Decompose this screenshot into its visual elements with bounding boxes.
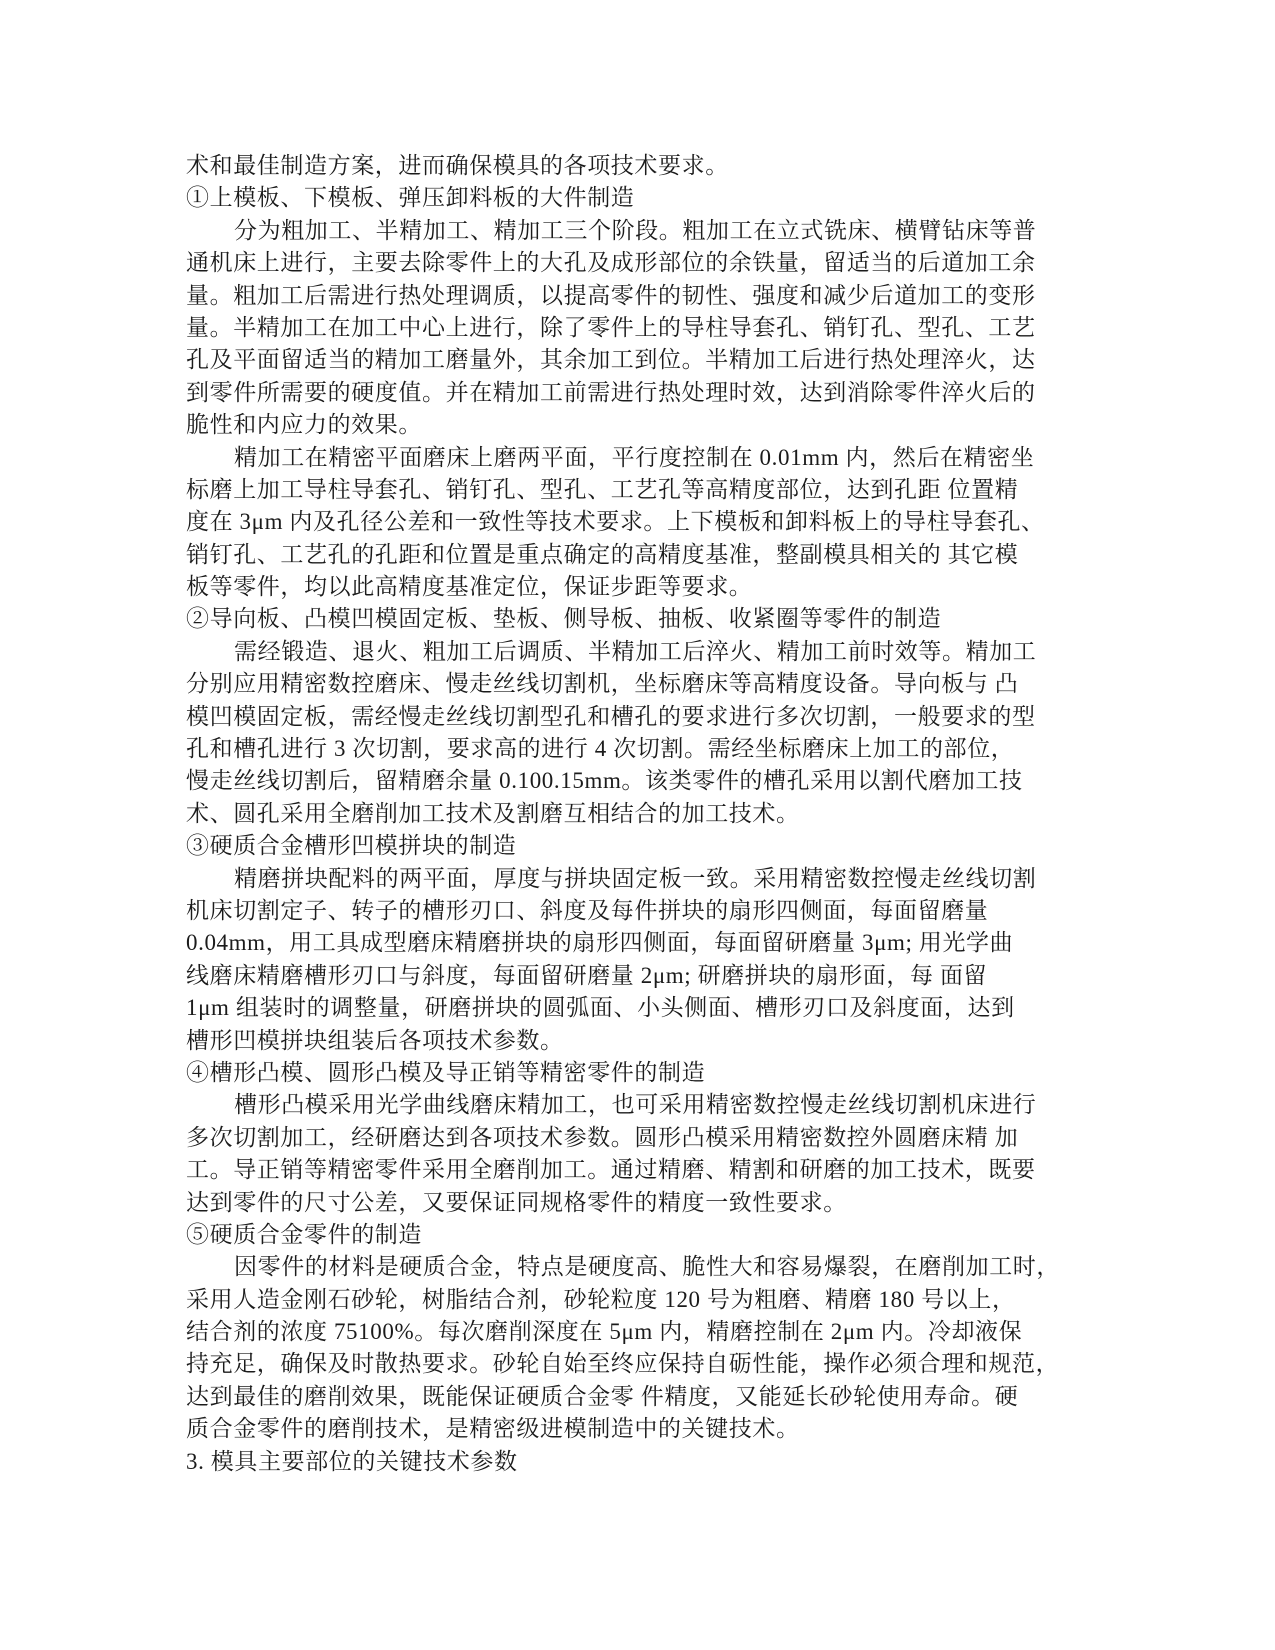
text-line: 0.04mm，用工具成型磨床精磨拼块的扇形四侧面，每面留研磨量 3μm; 用光学… [186,927,1102,959]
text-line: 达到最佳的磨削效果，既能保证硬质合金零 件精度，又能延长砂轮使用寿命。硬 [186,1381,1102,1413]
text-line: 需经锻造、退火、粗加工后调质、半精加工后淬火、精加工前时效等。精加工 [186,636,1102,668]
text-line: 持充足，确保及时散热要求。砂轮自始至终应保持自砺性能，操作必须合理和规范， [186,1348,1102,1380]
text-line: 孔及平面留适当的精加工磨量外，其余加工到位。半精加工后进行热处理淬火，达 [186,344,1102,376]
text-line: 慢走丝线切割后，留精磨余量 0.100.15mm。该类零件的槽孔采用以割代磨加工… [186,765,1102,797]
text-line: 板等零件，均以此高精度基准定位，保证步距等要求。 [186,571,1102,603]
text-line: 孔和槽孔进行 3 次切割，要求高的进行 4 次切割。需经坐标磨床上加工的部位， [186,733,1102,765]
text-line: 质合金零件的磨削技术，是精密级进模制造中的关键技术。 [186,1413,1102,1445]
text-line: ③硬质合金槽形凹模拼块的制造 [186,830,1102,862]
text-line: 线磨床精磨槽形刃口与斜度，每面留研磨量 2μm; 研磨拼块的扇形面，每 面留 [186,960,1102,992]
text-line: 多次切割加工，经研磨达到各项技术参数。圆形凸模采用精密数控外圆磨床精 加 [186,1122,1102,1154]
text-line: 精加工在精密平面磨床上磨两平面，平行度控制在 0.01mm 内，然后在精密坐 [186,442,1102,474]
text-line: 机床切割定子、转子的槽形刃口、斜度及每件拼块的扇形四侧面，每面留磨量 [186,895,1102,927]
text-line: 通机床上进行，主要去除零件上的大孔及成形部位的余铁量，留适当的后道加工余 [186,247,1102,279]
text-line: 工。导正销等精密零件采用全磨削加工。通过精磨、精割和研磨的加工技术，既要 [186,1154,1102,1186]
text-line: 结合剂的浓度 75100%。每次磨削深度在 5μm 内，精磨控制在 2μm 内。… [186,1316,1102,1348]
text-line: 到零件所需要的硬度值。并在精加工前需进行热处理时效，达到消除零件淬火后的 [186,377,1102,409]
text-line: 量。粗加工后需进行热处理调质，以提高零件的韧性、强度和减少后道加工的变形 [186,280,1102,312]
text-line: ⑤硬质合金零件的制造 [186,1219,1102,1251]
text-line: 分为粗加工、半精加工、精加工三个阶段。粗加工在立式铣床、横臂钻床等普 [186,215,1102,247]
text-line: 分别应用精密数控磨床、慢走丝线切割机，坐标磨床等高精度设备。导向板与 凸 [186,668,1102,700]
text-line: ①上模板、下模板、弹压卸料板的大件制造 [186,182,1102,214]
text-line: ②导向板、凸模凹模固定板、垫板、侧导板、抽板、收紧圈等零件的制造 [186,603,1102,635]
text-line: 销钉孔、工艺孔的孔距和位置是重点确定的高精度基准，整副模具相关的 其它模 [186,539,1102,571]
text-line: 脆性和内应力的效果。 [186,409,1102,441]
text-line: 槽形凸模采用光学曲线磨床精加工，也可采用精密数控慢走丝线切割机床进行 [186,1089,1102,1121]
text-line: 采用人造金刚石砂轮，树脂结合剂，砂轮粒度 120 号为粗磨、精磨 180 号以上… [186,1284,1102,1316]
text-line: 1μm 组装时的调整量，研磨拼块的圆弧面、小头侧面、槽形刃口及斜度面，达到 [186,992,1102,1024]
text-line: 达到零件的尺寸公差，又要保证同规格零件的精度一致性要求。 [186,1187,1102,1219]
text-line: 模凹模固定板，需经慢走丝线切割型孔和槽孔的要求进行多次切割，一般要求的型 [186,701,1102,733]
text-line: 3. 模具主要部位的关键技术参数 [186,1446,1102,1478]
text-line: 标磨上加工导柱导套孔、销钉孔、型孔、工艺孔等高精度部位，达到孔距 位置精 [186,474,1102,506]
document-page: 术和最佳制造方案，进而确保模具的各项技术要求。①上模板、下模板、弹压卸料板的大件… [0,0,1275,1650]
text-line: 术和最佳制造方案，进而确保模具的各项技术要求。 [186,150,1102,182]
text-line: 因零件的材料是硬质合金，特点是硬度高、脆性大和容易爆裂，在磨削加工时， [186,1251,1102,1283]
text-line: 量。半精加工在加工中心上进行，除了零件上的导柱导套孔、销钉孔、型孔、工艺 [186,312,1102,344]
text-line: 精磨拼块配料的两平面，厚度与拼块固定板一致。采用精密数控慢走丝线切割 [186,863,1102,895]
text-line: 槽形凹模拼块组装后各项技术参数。 [186,1025,1102,1057]
text-line: 度在 3μm 内及孔径公差和一致性等技术要求。上下模板和卸料板上的导柱导套孔、 [186,506,1102,538]
document-body: 术和最佳制造方案，进而确保模具的各项技术要求。①上模板、下模板、弹压卸料板的大件… [186,150,1102,1478]
text-line: ④槽形凸模、圆形凸模及导正销等精密零件的制造 [186,1057,1102,1089]
text-line: 术、圆孔采用全磨削加工技术及割磨互相结合的加工技术。 [186,798,1102,830]
